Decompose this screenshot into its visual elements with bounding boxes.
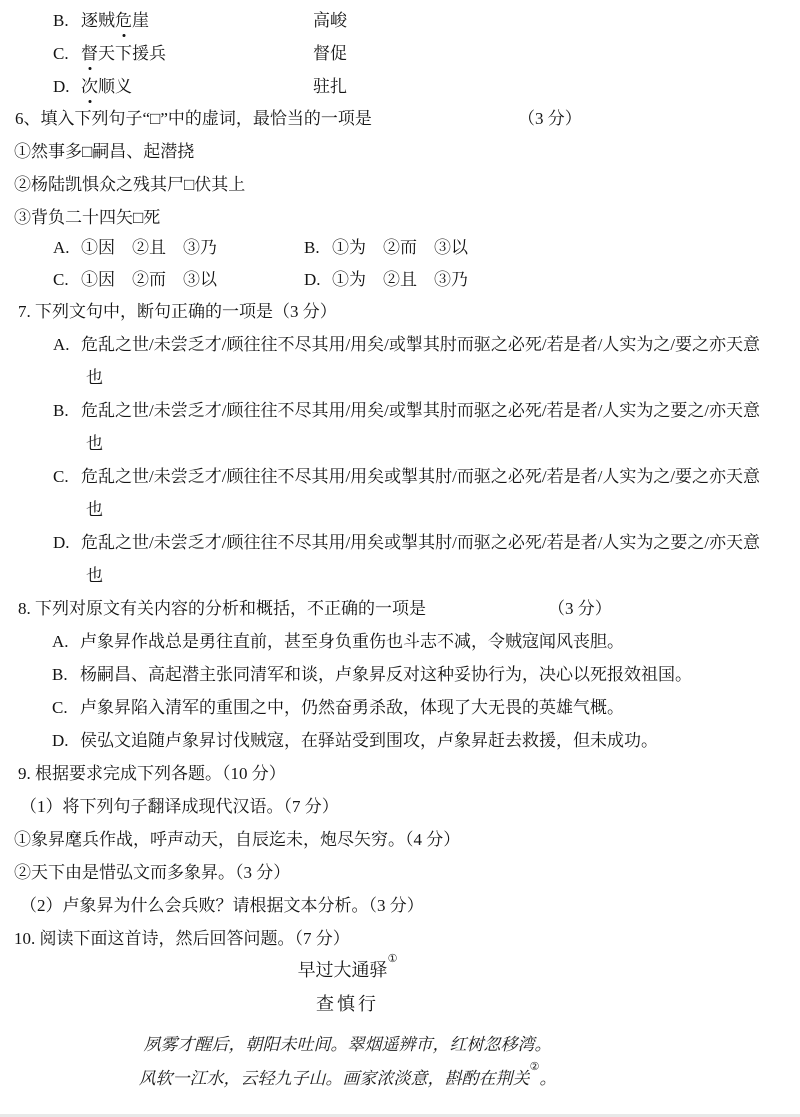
option-label: B.	[53, 399, 81, 422]
poem-line-2-note: ②	[530, 1061, 540, 1073]
q7-stem: 7. 下列文句中，断句正确的一项是（3 分）	[18, 300, 337, 323]
q8-score: （3 分）	[548, 597, 612, 620]
q9-sentence-2: ②天下由是惜弘文而多象昇。（3 分）	[14, 861, 290, 884]
q6-sentence-2: ②杨陆凯惧众之残其尸□伏其上	[14, 173, 245, 196]
option-label: A.	[53, 333, 81, 356]
option-label: B.	[304, 236, 332, 259]
option-label: B.	[53, 9, 81, 32]
q6-option-c: C.①因 ②而 ③以	[53, 270, 217, 289]
q7-option-d: D.危乱之世/未尝乏才/顾往往不尽其用/用矣或掣其肘/而驱之必死/若是者/人实为…	[53, 531, 760, 554]
q9-sub-question-1: （1）将下列句子翻译成现代汉语。（7 分）	[20, 795, 339, 818]
q6-option-b: B.①为 ②而 ③以	[304, 236, 468, 259]
option-text: 卢象昇陷入清军的重围之中，仍然奋勇杀敌，体现了大无畏的英雄气概。	[80, 698, 624, 717]
option-text: ①因 ②且 ③乃	[81, 238, 217, 257]
option-label: D.	[53, 531, 81, 554]
phrase-post: 顺义	[98, 77, 132, 96]
poem-line-2-text: 风软一江水，云轻九子山。画家浓淡意，斟酌在荆关	[139, 1069, 530, 1088]
poem-line-2: 风软一江水，云轻九子山。画家浓淡意，斟酌在荆关②。	[0, 1064, 695, 1089]
q8-option-a: A.卢象昇作战总是勇往直前，甚至身负重伤也斗志不减，令贼寇闻风丧胆。	[52, 630, 624, 653]
option-text: 卢象昇作战总是勇往直前，甚至身负重伤也斗志不减，令贼寇闻风丧胆。	[80, 632, 624, 651]
option-label: C.	[53, 268, 81, 291]
option-text: ①因 ②而 ③以	[81, 270, 217, 289]
q7-option-b: B.危乱之世/未尝乏才/顾往往不尽其用/用矣/或掣其肘而驱之必死/若是者/人实为…	[53, 399, 760, 422]
option-text: ①为 ②而 ③以	[332, 238, 468, 257]
phrase-pre: 逐贼	[81, 11, 115, 30]
q6-option-d: D.①为 ②且 ③乃	[304, 268, 468, 291]
q6-stem: 6、填入下列句子“□”中的虚词，最恰当的一项是	[15, 107, 372, 130]
option-label: D.	[52, 729, 80, 752]
q7-option-a: A.危乱之世/未尝乏才/顾往往不尽其用/用矣/或掣其肘而驱之必死/若是者/人实为…	[53, 333, 760, 356]
q10-stem: 10. 阅读下面这首诗，然后回答问题。（7 分）	[14, 927, 350, 950]
option-text: ①为 ②且 ③乃	[332, 270, 468, 289]
option-text: 危乱之世/未尝乏才/顾往往不尽其用/用矣/或掣其肘而驱之必死/若是者/人实为之/…	[81, 335, 760, 354]
emphasized-char: 次	[81, 75, 98, 98]
q5-option-d: D.次顺义 驻扎	[53, 75, 132, 98]
option-label: D.	[53, 75, 81, 98]
poem-line-2-end: 。	[539, 1069, 556, 1088]
q9-sub-question-2: （2）卢象昇为什么会兵败？请根据文本分析。（3 分）	[20, 894, 424, 917]
q7-option-b-cont: 也	[86, 432, 103, 455]
q6-options-row-1: A.①因 ②且 ③乃 B.①为 ②而 ③以	[53, 236, 217, 259]
poem-title-line: 早过大通驿①	[0, 956, 695, 982]
poem-title: 早过大通驿	[298, 960, 388, 980]
option-label: A.	[52, 630, 80, 653]
option-label: B.	[52, 663, 80, 686]
q6-option-a: A.①因 ②且 ③乃	[53, 238, 217, 257]
q6-sentence-1: ①然事多□嗣昌、起潜挠	[14, 140, 194, 163]
option-label: C.	[53, 42, 81, 65]
q8-option-b: B.杨嗣昌、高起潜主张同清军和谈，卢象昇反对这种妥协行为，决心以死报效祖国。	[52, 663, 692, 686]
option-label: D.	[304, 268, 332, 291]
phrase-post: 天下援兵	[98, 44, 166, 63]
q5-option-b: B.逐贼危崖 高峻	[53, 9, 149, 32]
q8-option-c: C.卢象昇陷入清军的重围之中，仍然奋勇杀敌，体现了大无畏的英雄气概。	[52, 696, 624, 719]
q8-option-d: D.侯弘文追随卢象昇讨伐贼寇，在驿站受到围攻，卢象昇赶去救援，但未成功。	[52, 729, 658, 752]
option-text: 侯弘文追随卢象昇讨伐贼寇，在驿站受到围攻，卢象昇赶去救援，但未成功。	[80, 731, 658, 750]
q6-score: （3 分）	[518, 107, 582, 130]
exam-page: B.逐贼危崖 高峻 C.督天下援兵 督促 D.次顺义 驻扎 6、填入下列句子“□…	[0, 0, 800, 1117]
poem-author: 查慎行	[0, 990, 695, 1016]
poem-line-1: 夙雾才醒后，朝阳未吐间。翠烟遥辨市，红树忽移湾。	[0, 1030, 695, 1055]
phrase-post: 崖	[132, 11, 149, 30]
option-text: 危乱之世/未尝乏才/顾往往不尽其用/用矣/或掣其肘而驱之必死/若是者/人实为之要…	[81, 401, 760, 420]
q6-options-row-2: C.①因 ②而 ③以 D.①为 ②且 ③乃	[53, 268, 217, 291]
poem-title-note: ①	[388, 953, 398, 965]
option-text: 杨嗣昌、高起潜主张同清军和谈，卢象昇反对这种妥协行为，决心以死报效祖国。	[80, 665, 692, 684]
q7-option-c-cont: 也	[86, 498, 103, 521]
emphasized-char: 危	[115, 9, 132, 32]
option-label: C.	[53, 465, 81, 488]
q7-option-d-cont: 也	[86, 564, 103, 587]
q7-option-a-cont: 也	[86, 366, 103, 389]
q5-option-c: C.督天下援兵 督促	[53, 42, 166, 65]
option-text: 危乱之世/未尝乏才/顾往往不尽其用/用矣或掣其肘/而驱之必死/若是者/人实为之/…	[81, 467, 760, 486]
gloss-text: 驻扎	[313, 75, 347, 98]
option-text: 危乱之世/未尝乏才/顾往往不尽其用/用矣或掣其肘/而驱之必死/若是者/人实为之要…	[81, 533, 760, 552]
q9-stem: 9. 根据要求完成下列各题。（10 分）	[18, 762, 286, 785]
q8-stem: 8. 下列对原文有关内容的分析和概括，不正确的一项是	[18, 597, 426, 620]
option-label: A.	[53, 236, 81, 259]
gloss-text: 高峻	[313, 9, 347, 32]
emphasized-char: 督	[81, 42, 98, 65]
option-label: C.	[52, 696, 80, 719]
q9-sentence-1: ①象昇麾兵作战，呼声动天，自辰迄未，炮尽矢穷。（4 分）	[14, 828, 460, 851]
gloss-text: 督促	[313, 42, 347, 65]
q6-sentence-3: ③背负二十四矢□死	[14, 206, 160, 229]
q7-option-c: C.危乱之世/未尝乏才/顾往往不尽其用/用矣或掣其肘/而驱之必死/若是者/人实为…	[53, 465, 760, 488]
